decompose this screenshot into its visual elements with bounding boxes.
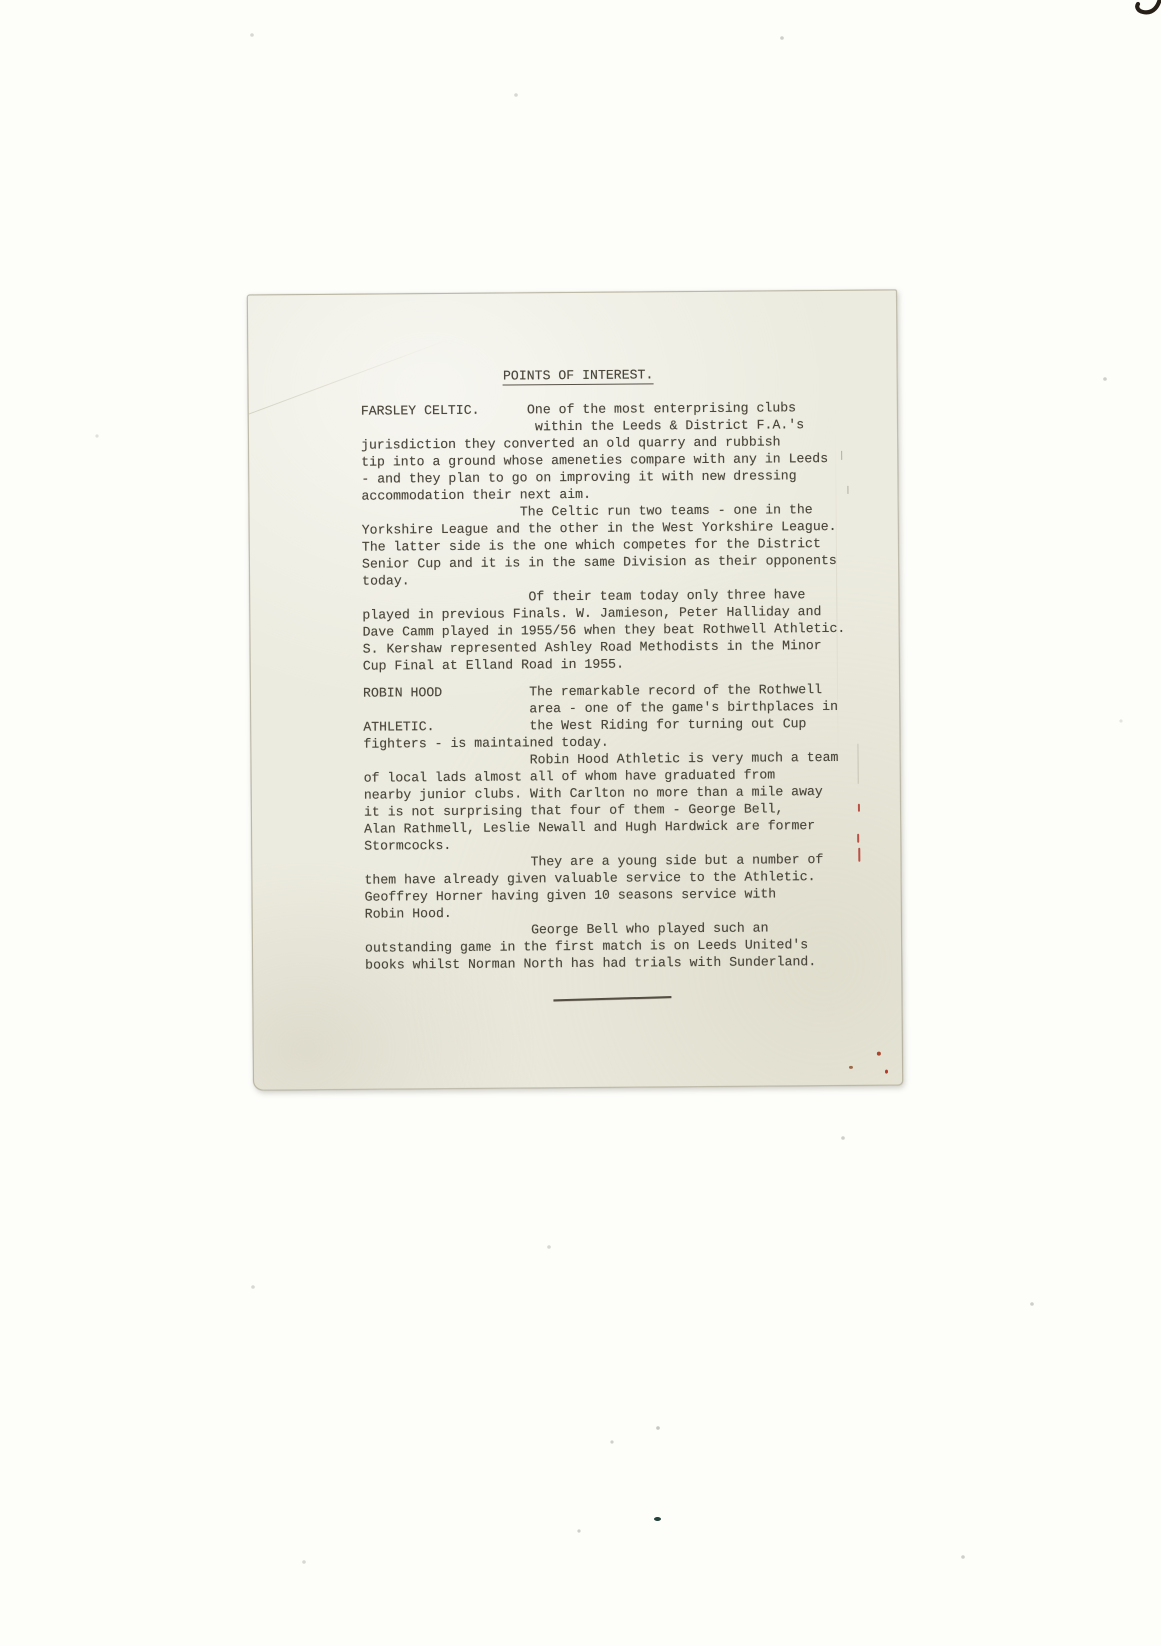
page-title-text: POINTS OF INTEREST. <box>503 367 653 385</box>
section-label-robin-hood: ROBIN HOOD <box>363 683 529 701</box>
typed-divider-line <box>553 996 671 1001</box>
section-farsley-celtic: FARSLEY CELTIC.One of the most enterpris… <box>361 399 846 675</box>
red-ink-mark <box>857 834 859 843</box>
scan-speck-dark <box>654 1517 661 1521</box>
red-ink-mark <box>858 848 860 862</box>
red-ink-speck <box>885 1070 888 1074</box>
scan-specks <box>0 0 2 2</box>
text-line: Cup Final at Elland Road in 1955. <box>363 654 846 675</box>
text-span: The remarkable record of the Rothwell <box>529 682 822 699</box>
section-label-farsley-celtic: FARSLEY CELTIC. <box>361 401 527 419</box>
text-span: One of the most enterprising clubs <box>527 400 796 417</box>
red-ink-speck <box>877 1052 881 1056</box>
text-span: the West Riding for turning out Cup <box>529 716 806 733</box>
pencil-tick <box>857 744 858 784</box>
section-robin-hood-athletic: ROBIN HOODThe remarkable record of the R… <box>363 681 848 974</box>
red-ink-speck <box>849 1066 853 1069</box>
pen-mark <box>1128 0 1161 31</box>
typed-text-block: POINTS OF INTEREST. FARSLEY CELTIC.One o… <box>360 365 848 1002</box>
text-line: books whilst Norman North has had trials… <box>365 953 848 974</box>
page-title: POINTS OF INTEREST. <box>360 365 843 386</box>
red-ink-mark <box>858 804 860 812</box>
paper-page: POINTS OF INTEREST. FARSLEY CELTIC.One o… <box>247 289 903 1090</box>
pencil-tick <box>841 451 842 460</box>
section-label-athletic: ATHLETIC. <box>363 717 529 735</box>
pencil-tick <box>847 486 848 494</box>
